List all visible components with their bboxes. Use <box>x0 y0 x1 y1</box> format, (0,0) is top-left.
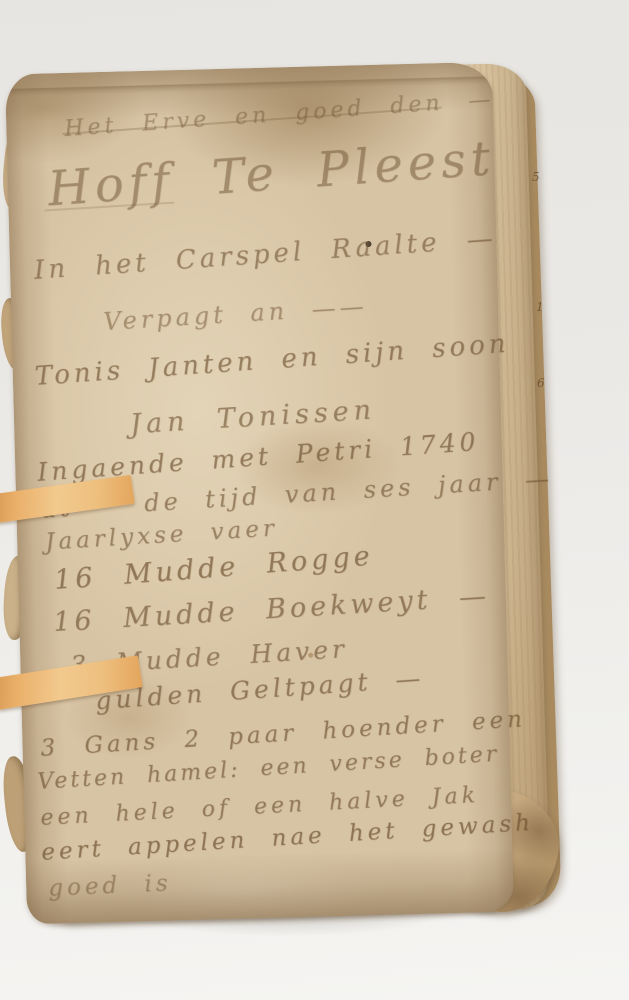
manuscript-line-parish: In het Carspel Raalte — <box>33 224 497 286</box>
manuscript-line-tenant: Tonis Janten en sijn soon <box>34 329 511 392</box>
photo-scene: 5 1 6 Het Erve en goed den — Hoff Te Ple… <box>0 0 629 1000</box>
fore-edge-mark: 1 <box>536 300 544 314</box>
page-title: Hoff Te Pleest <box>46 130 497 217</box>
fore-edge-mark: 6 <box>537 376 545 390</box>
manuscript-line-closing: goed is <box>48 870 172 901</box>
manuscript-line-tenant-son: Jan Tonissen <box>129 394 377 440</box>
fore-edge-mark: 5 <box>532 170 540 184</box>
manuscript-line-leased-to: Verpagt an —— <box>103 292 369 336</box>
